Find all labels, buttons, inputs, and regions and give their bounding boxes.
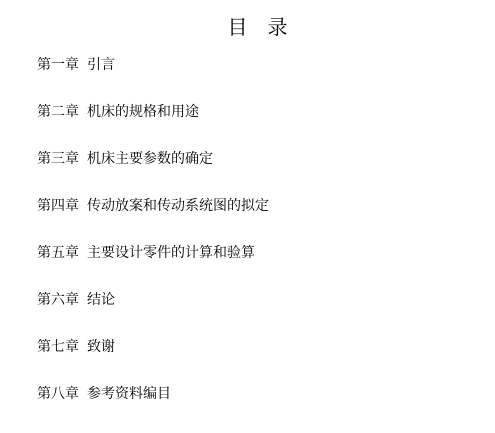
toc-chapter-title: 主要设计零件的计算和验算	[87, 245, 255, 261]
toc-chapter-title: 致谢	[87, 339, 115, 355]
toc-item: 第一章引言	[37, 56, 269, 103]
page-title: 目录	[0, 15, 495, 39]
toc-chapter-number: 第八章	[37, 385, 79, 403]
toc-chapter-title: 机床的规格和用途	[87, 104, 199, 120]
toc-chapter-number: 第四章	[37, 197, 79, 215]
toc-item: 第四章传动放案和传动系统图的拟定	[37, 197, 269, 244]
toc-chapter-title: 结论	[87, 292, 115, 308]
toc-chapter-title: 传动放案和传动系统图的拟定	[87, 198, 269, 214]
toc-chapter-number: 第三章	[37, 150, 79, 168]
toc-item: 第七章致谢	[37, 338, 269, 385]
toc-chapter-number: 第五章	[37, 244, 79, 262]
table-of-contents: 第一章引言 第二章机床的规格和用途 第三章机床主要参数的确定 第四章传动放案和传…	[37, 56, 269, 432]
toc-chapter-number: 第二章	[37, 103, 79, 121]
toc-item: 第三章机床主要参数的确定	[37, 150, 269, 197]
toc-item: 第八章参考资料编目	[37, 385, 269, 432]
toc-chapter-number: 第六章	[37, 291, 79, 309]
toc-item: 第五章主要设计零件的计算和验算	[37, 244, 269, 291]
toc-chapter-number: 第七章	[37, 338, 79, 356]
toc-chapter-number: 第一章	[37, 56, 79, 74]
toc-chapter-title: 引言	[87, 57, 115, 73]
toc-item: 第六章结论	[37, 291, 269, 338]
toc-chapter-title: 机床主要参数的确定	[87, 151, 213, 167]
toc-item: 第二章机床的规格和用途	[37, 103, 269, 150]
toc-chapter-title: 参考资料编目	[87, 386, 171, 402]
